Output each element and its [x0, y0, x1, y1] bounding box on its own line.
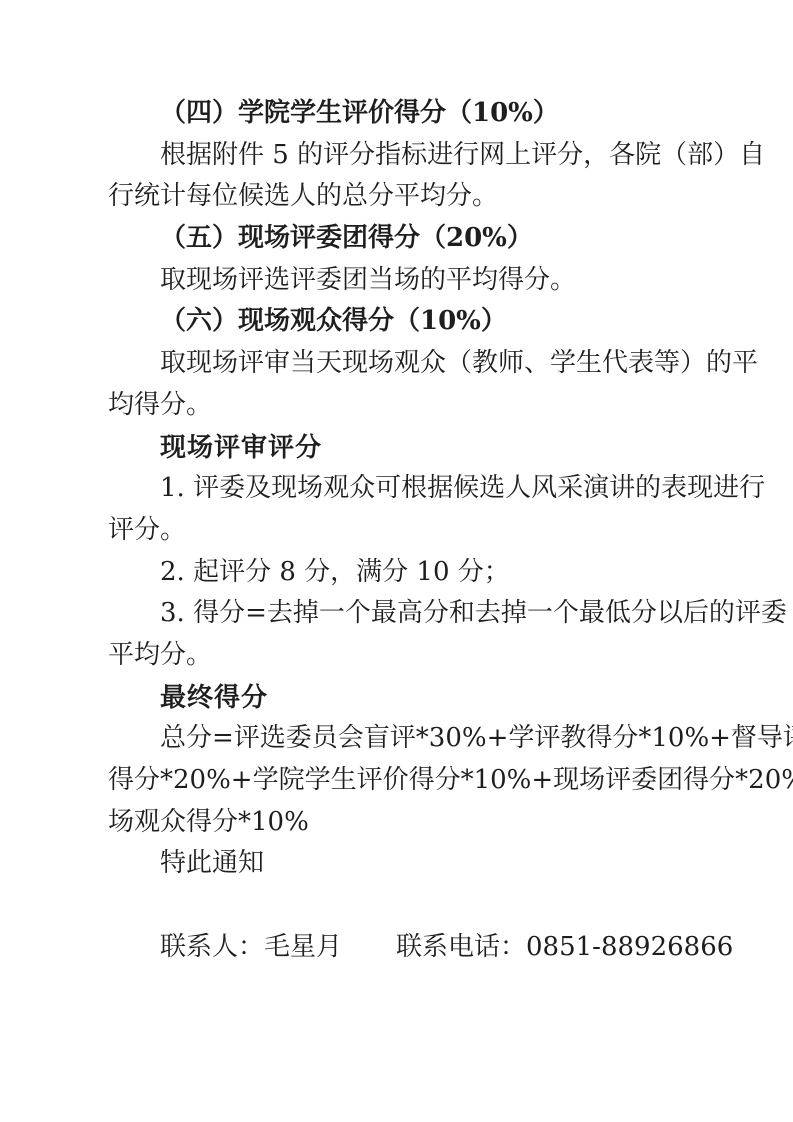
notice-line: 特此通知: [108, 843, 705, 885]
paragraph-text: 取现场评审当天现场观众（教师、学生代表等）的平: [160, 343, 758, 385]
list-item-2: 2. 起评分 8 分，满分 10 分；: [108, 552, 705, 594]
subsection-title-live-scoring: 现场评审评分: [108, 427, 705, 469]
section-heading-5: （五）现场评委团得分（20%）: [108, 218, 705, 260]
document-body: （四）学院学生评价得分（10%） 根据附件 5 的评分指标进行网上评分，各院（部…: [108, 93, 705, 968]
document-page: （四）学院学生评价得分（10%） 根据附件 5 的评分指标进行网上评分，各院（部…: [0, 0, 793, 1122]
section-heading-4-text: （四）学院学生评价得分（10%）: [160, 93, 559, 135]
formula-line: 场观众得分*10%: [108, 802, 705, 844]
list-item-3: 3. 得分=去掉一个最高分和去掉一个最低分以后的评委: [108, 593, 705, 635]
paragraph-line: 取现场评选评委团当场的平均得分。: [108, 260, 705, 302]
list-item-text: 2. 起评分 8 分，满分 10 分；: [160, 552, 510, 594]
paragraph-text: 平均分。: [108, 635, 212, 677]
paragraph-line: 取现场评审当天现场观众（教师、学生代表等）的平: [108, 343, 705, 385]
section-heading-5-text: （五）现场评委团得分（20%）: [160, 218, 533, 260]
paragraph-line: 根据附件 5 的评分指标进行网上评分，各院（部）自: [108, 135, 705, 177]
contact-line: 联系人：毛星月联系电话：0851-88926866: [108, 927, 705, 969]
paragraph-text: 均得分。: [108, 385, 212, 427]
section-heading-4: （四）学院学生评价得分（10%）: [108, 93, 705, 135]
paragraph-text: 评分。: [108, 510, 186, 552]
section-heading-6-text: （六）现场观众得分（10%）: [160, 301, 507, 343]
formula-text: 得分*20%+学院学生评价得分*10%+现场评委团得分*20%+现: [108, 760, 793, 802]
paragraph-line: 平均分。: [108, 635, 705, 677]
formula-line: 总分=评选委员会盲评*30%+学评教得分*10%+督导评价: [108, 718, 705, 760]
contact-phone: 联系电话：0851-88926866: [396, 927, 733, 969]
formula-text: 总分=评选委员会盲评*30%+学评教得分*10%+督导评价: [160, 718, 793, 760]
paragraph-line: 行统计每位候选人的总分平均分。: [108, 176, 705, 218]
list-item-text: 1. 评委及现场观众可根据候选人风采演讲的表现进行: [160, 468, 765, 510]
blank-line: [108, 885, 705, 927]
subsection-title-text: 最终得分: [160, 677, 268, 719]
paragraph-text: 根据附件 5 的评分指标进行网上评分，各院（部）自: [160, 135, 765, 177]
formula-line: 得分*20%+学院学生评价得分*10%+现场评委团得分*20%+现: [108, 760, 705, 802]
paragraph-text: 取现场评选评委团当场的平均得分。: [160, 260, 576, 302]
list-item-text: 3. 得分=去掉一个最高分和去掉一个最低分以后的评委: [160, 593, 787, 635]
section-heading-6: （六）现场观众得分（10%）: [108, 301, 705, 343]
paragraph-line: 评分。: [108, 510, 705, 552]
notice-text: 特此通知: [160, 843, 264, 885]
list-item-1: 1. 评委及现场观众可根据候选人风采演讲的表现进行: [108, 468, 705, 510]
subsection-title-text: 现场评审评分: [160, 427, 322, 469]
subsection-title-final-score: 最终得分: [108, 677, 705, 719]
paragraph-line: 均得分。: [108, 385, 705, 427]
paragraph-text: 行统计每位候选人的总分平均分。: [108, 176, 498, 218]
formula-text: 场观众得分*10%: [108, 802, 309, 844]
contact-person: 联系人：毛星月: [160, 927, 342, 969]
